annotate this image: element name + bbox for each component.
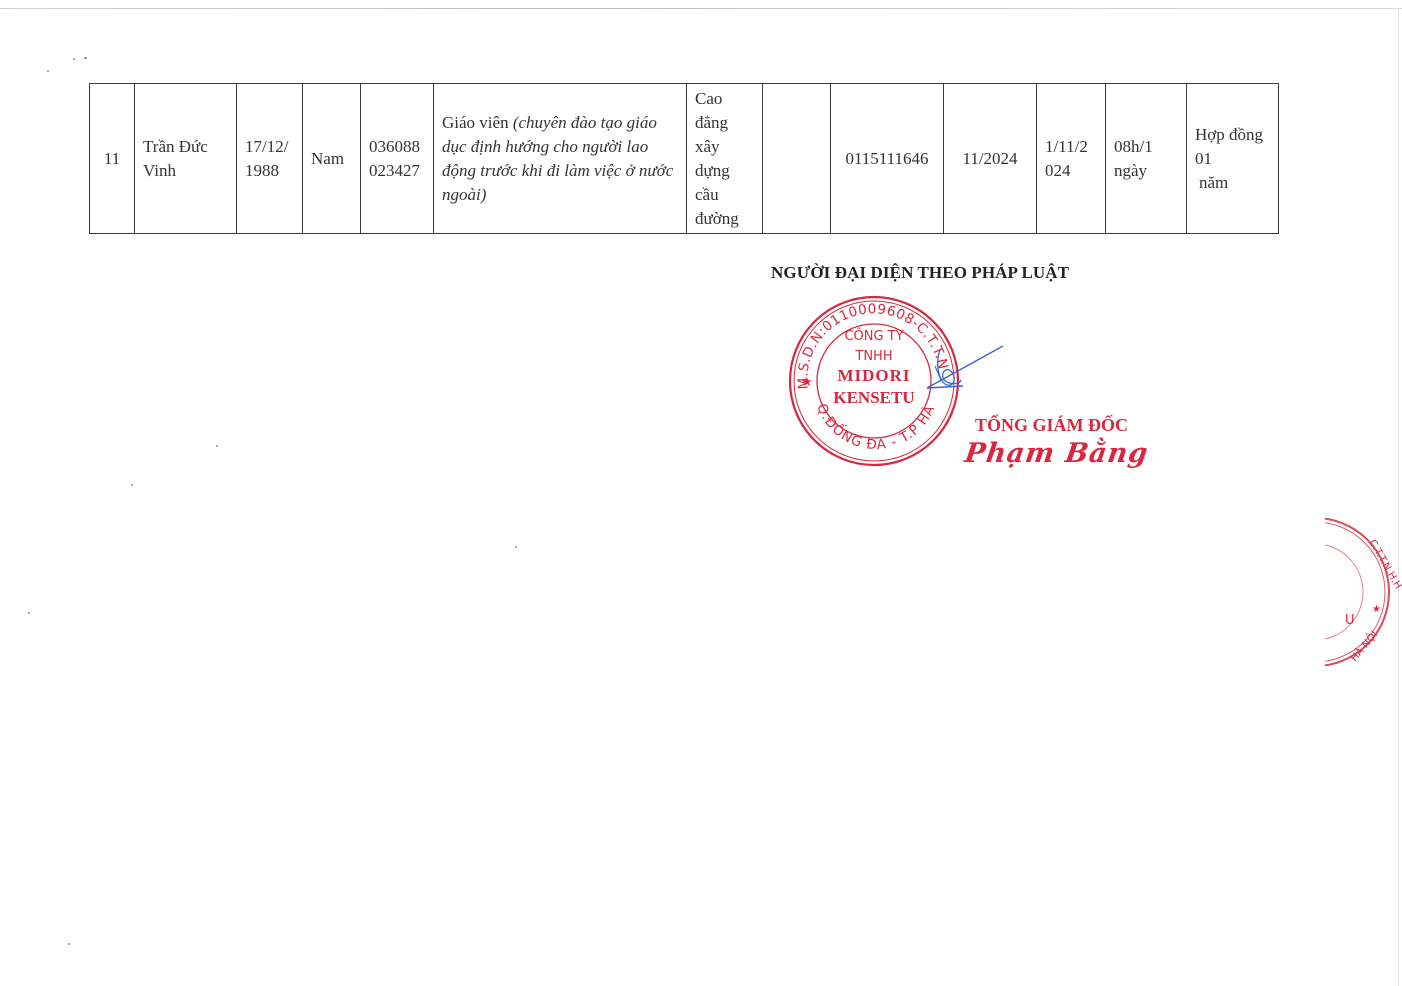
svg-text:★: ★ [1372,604,1381,615]
scan-speck [73,58,75,60]
name-line: Vinh [143,159,228,183]
scan-speck [131,484,133,486]
employee-table: 11 Trần Đức Vinh 17/12/ 1988 Nam 036088 … [89,83,1279,234]
scan-speck [47,70,49,72]
representative-title: NGƯỜI ĐẠI DIỆN THEO PHÁP LUẬT [771,263,1069,283]
cell-name: Trần Đức Vinh [135,84,237,234]
education-line: dựng [695,159,754,183]
stamp-line-2: TNHH [854,349,892,364]
month-value: 11/2024 [962,149,1017,168]
start-date-line: 024 [1045,159,1097,183]
scan-edge-right [1398,8,1399,986]
dob-line: 17/12/ [245,135,294,159]
education-line: cầu [695,183,754,207]
contract-line: Hợp đồng [1195,123,1270,147]
table-row: 11 Trần Đức Vinh 17/12/ 1988 Nam 036088 … [90,84,1279,234]
start-date-line: 1/11/2 [1045,135,1097,159]
stamp-line-4: KENSETU [833,388,914,407]
cell-stt: 11 [90,84,135,234]
svg-text:HÀ NỘI: HÀ NỘI [1347,628,1380,664]
signer-name: Phạm Bằng [963,438,1151,469]
hours-line: 08h/1 [1114,135,1178,159]
cell-blank [763,84,831,234]
contract-line: năm [1195,171,1270,195]
education-line: đẳng [695,111,754,135]
scan-speck [28,612,30,614]
code-value: 0115111646 [845,149,928,168]
scan-edge-top [0,8,1402,9]
stamp-line-3: MIDORI [837,366,910,385]
scan-speck [515,546,517,548]
contract-line: 01 [1195,147,1270,171]
partial-stamp-edge: C.T.T.N.H.H ★ U HÀ NỘI [1325,512,1402,672]
row-number: 11 [104,149,120,168]
cell-job: Giáo viên (chuyên đào tạo giáo dục định … [434,84,687,234]
cell-id-number: 036088 023427 [361,84,434,234]
gender: Nam [311,149,344,168]
stamp-star: ★ [801,374,813,389]
education-line: đường [695,207,754,231]
cell-start-date: 1/11/2 024 [1037,84,1106,234]
cell-hours: 08h/1 ngày [1106,84,1187,234]
handwritten-signature [905,330,1010,400]
id-line: 036088 [369,135,425,159]
hours-line: ngày [1114,159,1178,183]
id-line: 023427 [369,159,425,183]
job-title: Giáo viên [442,113,509,132]
scan-speck [68,943,70,945]
dob-line: 1988 [245,159,294,183]
cell-dob: 17/12/ 1988 [237,84,303,234]
education-line: xây [695,135,754,159]
cell-gender: Nam [303,84,361,234]
cell-contract: Hợp đồng 01 năm [1187,84,1279,234]
scan-speck [216,445,218,447]
cell-month: 11/2024 [944,84,1037,234]
stamp-line-1: CÔNG TY [844,328,903,344]
education-line: Cao [695,87,754,111]
name-line: Trần Đức [143,135,228,159]
partial-stamp-letter: U [1345,613,1355,628]
cell-code: 0115111646 [831,84,944,234]
cell-education: Cao đẳng xây dựng cầu đường [687,84,763,234]
scan-speck [84,57,87,59]
ceo-position: TỔNG GIÁM ĐỐC [975,415,1128,436]
